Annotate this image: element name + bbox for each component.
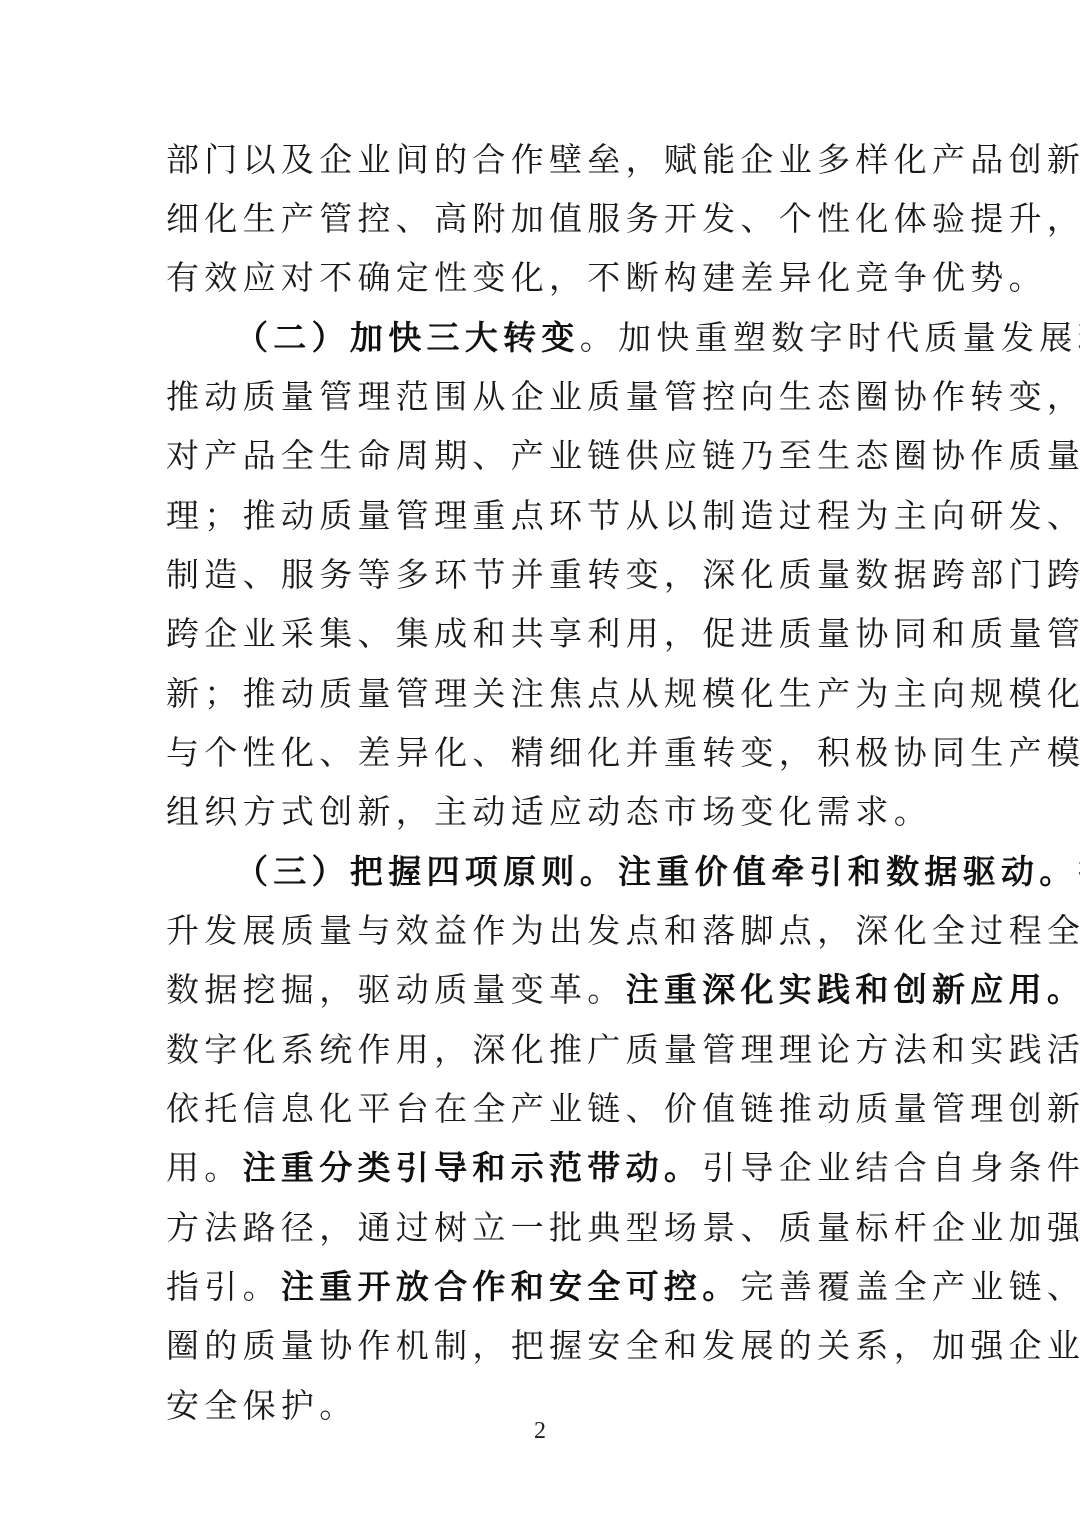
section-3-heading-line: （三）把握四项原则。注重价值牵引和数据驱动。把提 bbox=[235, 850, 914, 894]
text-segment: 有效应对不确定性变化，不断构建差异化竞争优势。 bbox=[166, 258, 1047, 297]
document-page: 部门以及企业间的合作壁垒，赋能企业多样化产品创新、精 细化生产管控、高附加值服务… bbox=[0, 0, 1080, 1527]
section-3-line-2: 升发展质量与效益作为出发点和落脚点，深化全过程全链条 bbox=[166, 909, 914, 953]
text-segment: 用。 bbox=[166, 1148, 243, 1187]
text-segment: 组织方式创新，主动适应动态市场变化需求。 bbox=[166, 792, 932, 831]
text-segment: 细化生产管控、高附加值服务开发、个性化体验提升，快速 bbox=[166, 199, 1080, 238]
section-2-line-6: 跨企业采集、集成和共享利用，促进质量协同和质量管理创 bbox=[166, 612, 914, 656]
section-3-line-8: 指引。注重开放合作和安全可控。完善覆盖全产业链、生态 bbox=[166, 1265, 914, 1309]
text-segment: 圈的质量协作机制，把握安全和发展的关系，加强企业信息 bbox=[166, 1326, 1080, 1365]
paragraph-continuation-line-1: 部门以及企业间的合作壁垒，赋能企业多样化产品创新、精 bbox=[166, 138, 914, 182]
section-3-line-4: 数字化系统作用，深化推广质量管理理论方法和实践活动， bbox=[166, 1028, 914, 1072]
text-segment: 引导企业结合自身条件制定 bbox=[702, 1148, 1080, 1187]
section-3-line-9: 圈的质量协作机制，把握安全和发展的关系，加强企业信息 bbox=[166, 1324, 914, 1368]
text-segment: 指引。 bbox=[166, 1267, 281, 1306]
text-segment: 对产品全生命周期、产业链供应链乃至生态圈协作质量的管 bbox=[166, 436, 1080, 475]
paragraph-continuation-line-2: 细化生产管控、高附加值服务开发、个性化体验提升，快速 bbox=[166, 197, 914, 241]
text-segment: 与个性化、差异化、精细化并重转变，积极协同生产模式和 bbox=[166, 733, 1080, 772]
section-3-line-3: 数据挖掘，驱动质量变革。注重深化实践和创新应用。发挥 bbox=[166, 968, 914, 1012]
text-segment: 跨企业采集、集成和共享利用，促进质量协同和质量管理创 bbox=[166, 614, 1080, 653]
text-segment: 方法路径，通过树立一批典型场景、质量标杆企业加强方向 bbox=[166, 1208, 1080, 1247]
section-2-line-8: 与个性化、差异化、精细化并重转变，积极协同生产模式和 bbox=[166, 731, 914, 775]
principle-4: 注重开放合作和安全可控。 bbox=[281, 1267, 741, 1306]
paragraph-continuation-line-3: 有效应对不确定性变化，不断构建差异化竞争优势。 bbox=[166, 256, 914, 300]
section-2-line-5: 制造、服务等多环节并重转变，深化质量数据跨部门跨环节 bbox=[166, 553, 914, 597]
text-segment: 理；推动质量管理重点环节从以制造过程为主向研发、设计、 bbox=[166, 496, 1080, 535]
section-2-line-9: 组织方式创新，主动适应动态市场变化需求。 bbox=[166, 790, 914, 834]
section-3-heading: （三）把握四项原则。注重价值牵引和数据驱动。 bbox=[235, 852, 1078, 891]
text-segment: 数字化系统作用，深化推广质量管理理论方法和实践活动， bbox=[166, 1030, 1080, 1069]
text-segment: 制造、服务等多环节并重转变，深化质量数据跨部门跨环节 bbox=[166, 555, 1080, 594]
text-segment: 依托信息化平台在全产业链、价值链推动质量管理创新应 bbox=[166, 1089, 1080, 1128]
principle-2: 注重深化实践和创新应用。 bbox=[626, 970, 1080, 1009]
text-segment: 数据挖掘，驱动质量变革。 bbox=[166, 970, 626, 1009]
section-3-line-6: 用。注重分类引导和示范带动。引导企业结合自身条件制定 bbox=[166, 1146, 914, 1190]
text-segment: 新；推动质量管理关注焦点从规模化生产为主向规模化生产 bbox=[166, 674, 1080, 713]
section-3-line-7: 方法路径，通过树立一批典型场景、质量标杆企业加强方向 bbox=[166, 1206, 914, 1250]
principle-3: 注重分类引导和示范带动。 bbox=[243, 1148, 703, 1187]
text-segment: 完善覆盖全产业链、生态 bbox=[741, 1267, 1080, 1306]
section-2-line-3: 对产品全生命周期、产业链供应链乃至生态圈协作质量的管 bbox=[166, 434, 914, 478]
section-2-heading-line: （二）加快三大转变。加快重塑数字时代质量发展理念， bbox=[235, 316, 914, 360]
section-3-line-5: 依托信息化平台在全产业链、价值链推动质量管理创新应 bbox=[166, 1087, 914, 1131]
page-number: 2 bbox=[0, 1418, 1080, 1445]
section-2-heading: （二）加快三大转变 bbox=[235, 318, 580, 357]
text-segment: 推动质量管理范围从企业质量管控向生态圈协作转变，加强 bbox=[166, 377, 1080, 416]
text-segment: 。加快重塑数字时代质量发展理念， bbox=[580, 318, 1080, 357]
text-segment: 升发展质量与效益作为出发点和落脚点，深化全过程全链条 bbox=[166, 911, 1080, 950]
text-segment: 部门以及企业间的合作壁垒，赋能企业多样化产品创新、精 bbox=[166, 140, 1080, 179]
section-2-line-2: 推动质量管理范围从企业质量管控向生态圈协作转变，加强 bbox=[166, 375, 914, 419]
section-2-line-7: 新；推动质量管理关注焦点从规模化生产为主向规模化生产 bbox=[166, 672, 914, 716]
section-2-line-4: 理；推动质量管理重点环节从以制造过程为主向研发、设计、 bbox=[166, 494, 914, 538]
